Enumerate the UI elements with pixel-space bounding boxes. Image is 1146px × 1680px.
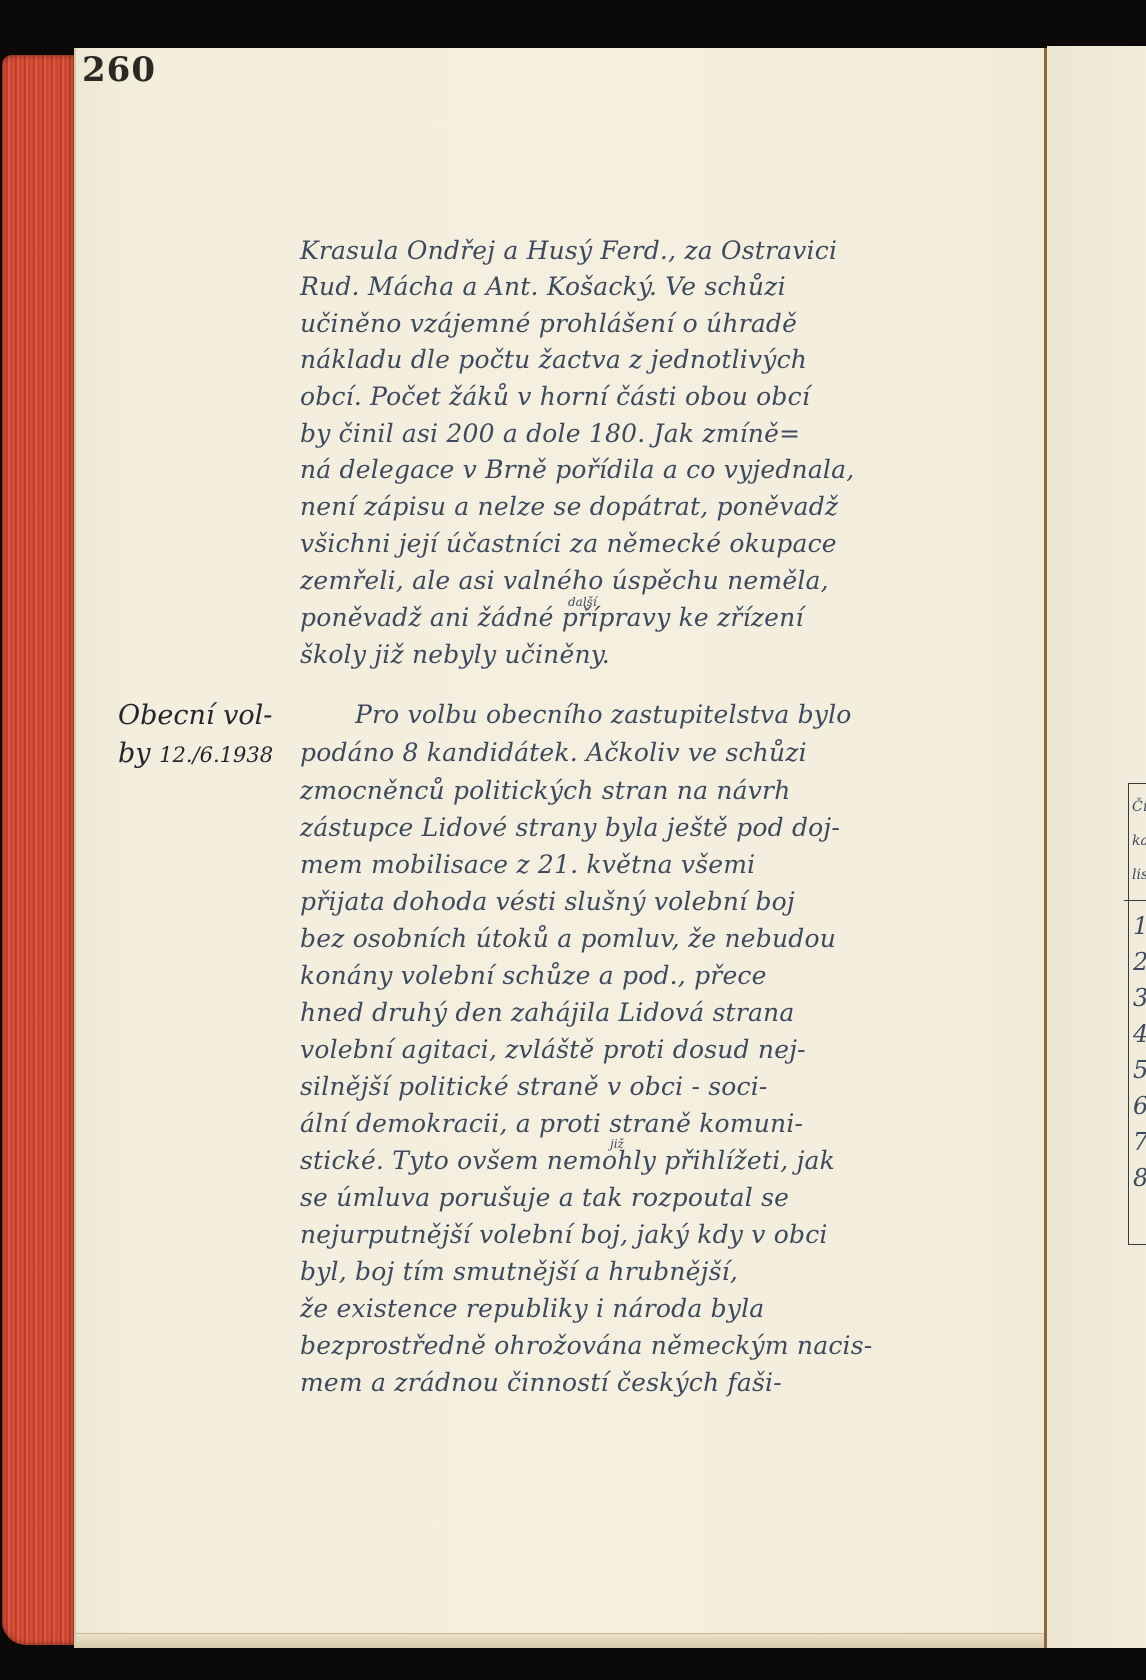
interlinear-insertion: již [610, 1137, 624, 1151]
text-line: školy již nebyly učiněny. [300, 640, 610, 669]
page-number: 260 [82, 50, 156, 90]
table-row-number: 8 [1133, 1164, 1146, 1192]
text-line: nejurputnější volební boj, jaký kdy v ob… [300, 1220, 828, 1249]
text-line: že existence republiky i národa byla [300, 1294, 764, 1323]
text-line: zmocněnců politických stran na návrh [300, 776, 791, 805]
text-line: zemřeli, ale asi valného úspěchu neměla, [300, 566, 829, 595]
text-line: podáno 8 kandidátek. Ačkoliv ve schůzi [300, 738, 807, 767]
text-line: silnější politické straně v obci - soci- [300, 1072, 768, 1101]
text-line: nákladu dle počtu žactva z jednotlivých [300, 345, 807, 374]
text-line: byl, boj tím smutnější a hrubnější, [300, 1257, 738, 1286]
text-line: všichni její účastníci za německé okupac… [300, 529, 837, 558]
text-line: poněvadž ani žádné přípravy ke zřízení [300, 603, 804, 632]
text-line: není zápisu a nelze se dopátrat, poněvad… [300, 492, 838, 521]
text-line: stické. Tyto ovšem nemohly přihlížeti, j… [300, 1146, 835, 1175]
table-row-number: 3 [1133, 984, 1146, 1012]
page-edges-red [2, 55, 74, 1645]
margin-heading-word: by [118, 738, 151, 769]
text-line: volební agitaci, zvláště proti dosud nej… [300, 1035, 806, 1064]
text-line: učiněno vzájemné prohlášení o úhradě [300, 309, 797, 338]
interlinear-insertion: další [568, 595, 597, 609]
text-line: ná delegace v Brně pořídila a co vyjedna… [300, 455, 854, 484]
margin-heading-line2: by 12./6.1938 [118, 738, 273, 769]
text-line: Rud. Mácha a Ant. Košacký. Ve schůzi [300, 272, 786, 301]
text-line: ální demokracii, a proti straně komuni- [300, 1109, 803, 1138]
table-row-number: 4 [1133, 1020, 1146, 1048]
text-line: mem a zrádnou činností českých faši- [300, 1368, 782, 1397]
text-line: se úmluva porušuje a tak rozpoutal se [300, 1183, 789, 1212]
table-row-number: 7 [1133, 1128, 1146, 1156]
table-header-rule [1124, 900, 1146, 901]
table-header: Čísl kan lis [1132, 790, 1146, 892]
table-row-number: 1 [1133, 912, 1146, 940]
text-line: mem mobilisace z 21. května všemi [300, 850, 755, 879]
text-line: přijata dohoda vésti slušný volební boj [300, 887, 795, 916]
text-line: bez osobních útoků a pomluv, že nebudou [300, 924, 836, 953]
text-line: Krasula Ondřej a Husý Ferd., za Ostravic… [300, 236, 837, 265]
text-line: zástupce Lidové strany byla ještě pod do… [300, 813, 840, 842]
text-line: konány volební schůze a pod., přece [300, 961, 767, 990]
table-row-number: 5 [1133, 1056, 1146, 1084]
text-line: Pro volbu obecního zastupitelstva bylo [355, 700, 852, 729]
margin-heading-line1: Obecní vol- [118, 700, 272, 731]
margin-heading-date: 12./6.1938 [159, 743, 273, 767]
text-line: bezprostředně ohrožována německým nacis- [300, 1331, 872, 1360]
text-line: by činil asi 200 a dole 180. Jak zmíně= [300, 419, 800, 448]
table-row-number: 6 [1133, 1092, 1146, 1120]
text-line: obcí. Počet žáků v horní části obou obcí [300, 382, 810, 411]
text-line: hned druhý den zahájila Lidová strana [300, 998, 794, 1027]
table-row-number: 2 [1133, 948, 1146, 976]
